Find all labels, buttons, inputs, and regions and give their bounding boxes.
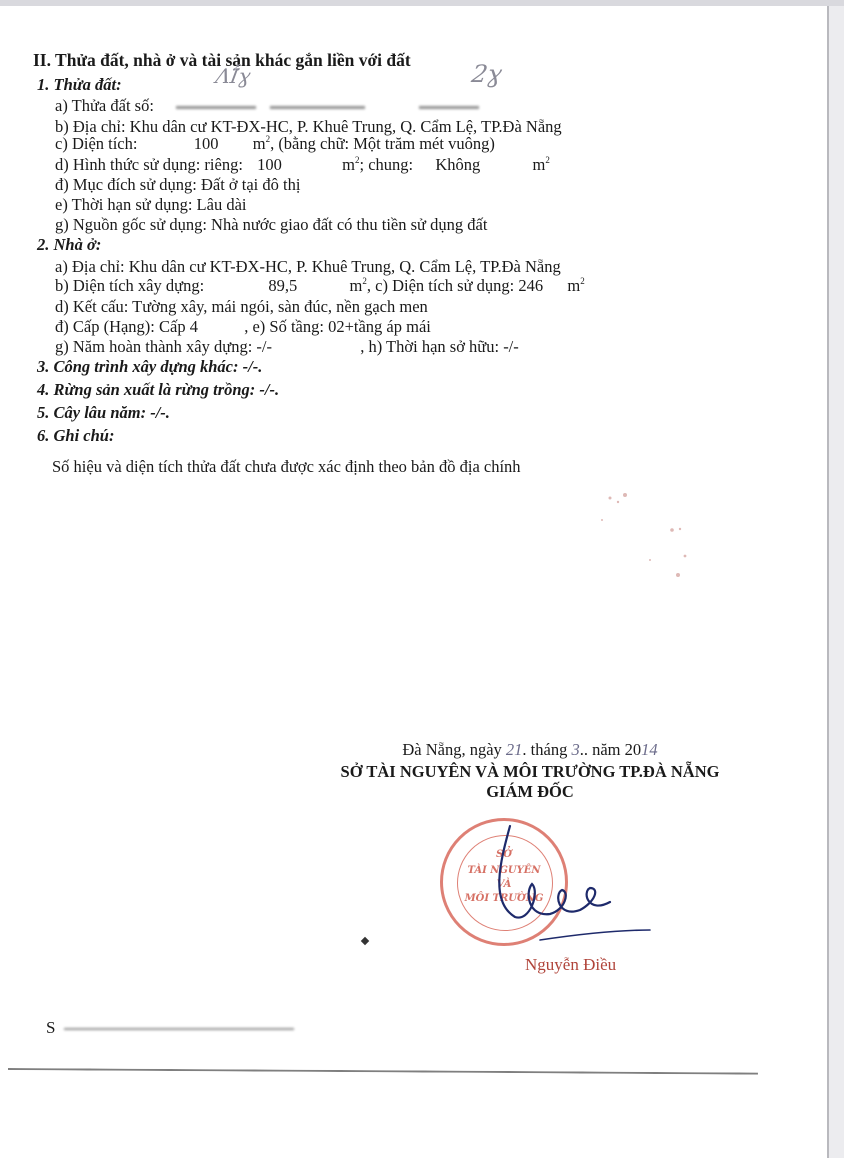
grade: đ) Cấp (Hạng): Cấp 4 xyxy=(55,317,198,336)
label: ; chung: xyxy=(360,155,414,174)
house-address: a) Địa chỉ: Khu dân cư KT-ĐX-HC, P. Khuê… xyxy=(55,258,561,276)
unit: m xyxy=(350,276,363,295)
footer-letter: S xyxy=(46,1018,55,1037)
floors: , e) Số tầng: 02+tầng áp mái xyxy=(244,317,431,336)
year: 14 xyxy=(641,740,658,759)
private-area: 100 xyxy=(257,155,282,174)
day: 21 xyxy=(506,740,523,759)
label: a) Thửa đất số: xyxy=(55,96,154,115)
redacted-footer xyxy=(64,1028,294,1030)
unit: m xyxy=(253,134,266,153)
handwritten-note: 2ɣ xyxy=(470,60,505,88)
ownership-term: , h) Thời hạn sở hữu: -/- xyxy=(360,337,519,356)
land-usage-form: d) Hình thức sử dụng: riêng: 100 m2; chu… xyxy=(55,156,550,174)
month: 3 xyxy=(571,740,579,759)
land-heading: 1. Thửa đất: xyxy=(37,76,122,94)
house-completion-ownership: g) Năm hoàn thành xây dựng: -/- , h) Thờ… xyxy=(55,338,519,356)
perennial-trees: 5. Cây lâu năm: -/-. xyxy=(37,404,170,422)
other-works: 3. Công trình xây dựng khác: -/-. xyxy=(37,358,262,376)
redacted-value xyxy=(176,106,256,109)
unit: m xyxy=(533,155,546,174)
label: .. năm 20 xyxy=(580,740,641,759)
signer-position: GIÁM ĐỐC xyxy=(300,782,760,802)
land-area: c) Diện tích: 100 m2, (bằng chữ: Một tră… xyxy=(55,135,495,153)
paper-specks xyxy=(590,490,730,590)
signer-name: Nguyễn Điều xyxy=(525,955,616,975)
building-area: 89,5 xyxy=(268,276,297,295)
issuing-organization: SỞ TÀI NGUYÊN VÀ MÔI TRƯỜNG TP.ĐÀ NẴNG xyxy=(300,762,760,782)
house-heading: 2. Nhà ở: xyxy=(37,236,101,254)
land-term: e) Thời hạn sử dụng: Lâu dài xyxy=(55,196,247,214)
area-in-words: , (bằng chữ: Một trăm mét vuông) xyxy=(270,134,495,153)
completion-year: g) Năm hoàn thành xây dựng: -/- xyxy=(55,337,272,356)
label: d) Hình thức sử dụng: riêng: xyxy=(55,155,243,174)
land-purpose: đ) Mục đích sử dụng: Đất ở tại đô thị xyxy=(55,176,300,194)
signing-date: Đà Nẵng, ngày 21. tháng 3.. năm 2014 xyxy=(300,740,760,760)
footer-fragment: S xyxy=(46,1018,304,1038)
place: Đà Nẵng, ngày xyxy=(402,740,506,759)
label: . tháng xyxy=(522,740,571,759)
land-origin: g) Nguồn gốc sử dụng: Nhà nước giao đất … xyxy=(55,216,487,234)
signature xyxy=(470,822,660,952)
shared-area: Không xyxy=(435,155,480,174)
notes-heading: 6. Ghi chú: xyxy=(37,427,114,445)
label: b) Diện tích xây dựng: xyxy=(55,276,204,295)
notes-text: Số hiệu và diện tích thửa đất chưa được … xyxy=(52,458,521,476)
house-grade-floors: đ) Cấp (Hạng): Cấp 4 , e) Số tầng: 02+tầ… xyxy=(55,318,431,336)
usable-area: , c) Diện tích sử dụng: 246 xyxy=(367,276,543,295)
page-edge xyxy=(827,6,829,1158)
unit: m xyxy=(567,276,580,295)
forest: 4. Rừng sản xuất là rừng trồng: -/-. xyxy=(37,381,279,399)
house-structure: d) Kết cấu: Tường xây, mái ngói, sàn đúc… xyxy=(55,298,428,316)
land-parcel-number: a) Thửa đất số: xyxy=(55,97,489,115)
label: c) Diện tích: xyxy=(55,134,137,153)
unit: m xyxy=(342,155,355,174)
redacted-value xyxy=(270,106,365,109)
handwritten-note: ɅÌ̈́ɣ xyxy=(214,64,253,88)
redacted-value xyxy=(419,106,479,109)
area-value: 100 xyxy=(194,134,219,153)
house-area: b) Diện tích xây dựng: 89,5 m2, c) Diện … xyxy=(55,277,585,295)
